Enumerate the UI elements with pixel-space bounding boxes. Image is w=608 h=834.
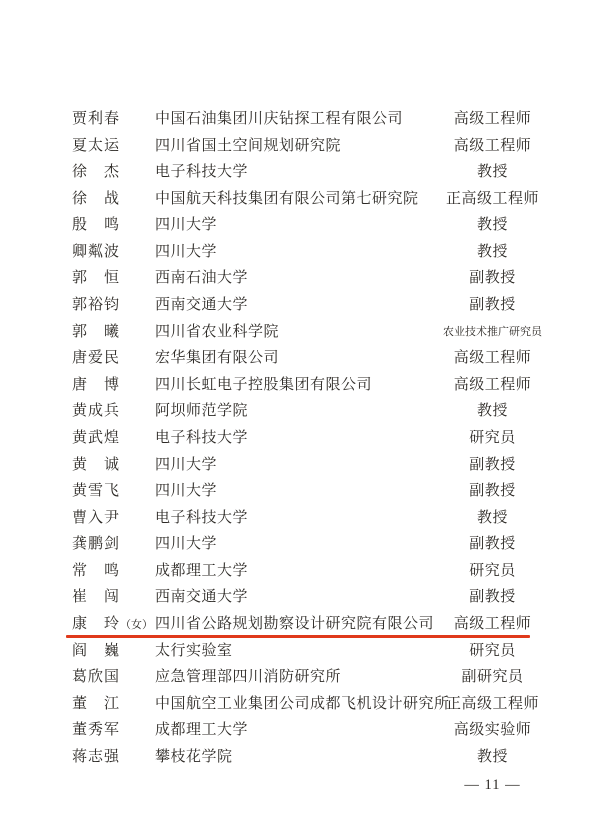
organization: 应急管理部四川消防研究所 <box>155 664 341 691</box>
table-row: 徐战 中国航天科技集团有限公司第七研究院 正高级工程师 <box>0 186 608 213</box>
table-row: 蒋志强 攀枝花学院 教授 <box>0 744 608 771</box>
table-row: 崔闯 西南交通大学 副教授 <box>0 584 608 611</box>
name-cell: 徐战 <box>72 186 119 213</box>
job-title: 教授 <box>415 505 570 532</box>
person-name: 郭恒 <box>72 265 119 292</box>
organization: 四川长虹电子控股集团有限公司 <box>155 372 372 399</box>
name-cell: 黄诚 <box>72 452 119 479</box>
table-row: 葛欣国 应急管理部四川消防研究所 副研究员 <box>0 664 608 691</box>
table-row: 黄诚 四川大学 副教授 <box>0 452 608 479</box>
job-title: 副教授 <box>415 584 570 611</box>
person-name: 康玲 <box>72 611 119 638</box>
name-cell: 蒋志强 <box>72 744 119 771</box>
person-name: 殷鸣 <box>72 212 119 239</box>
job-title: 教授 <box>415 159 570 186</box>
table-row: 曹入尹 电子科技大学 教授 <box>0 505 608 532</box>
job-title: 研究员 <box>415 558 570 585</box>
job-title: 教授 <box>415 744 570 771</box>
organization: 电子科技大学 <box>155 425 248 452</box>
job-title: 高级工程师 <box>415 133 570 160</box>
name-cell: 董江 <box>72 691 119 718</box>
table-row: 夏太运 四川省国土空间规划研究院 高级工程师 <box>0 133 608 160</box>
name-cell: 黄成兵 <box>72 398 119 425</box>
table-row: 龚鹏剑 四川大学 副教授 <box>0 531 608 558</box>
page-number: — 11 — <box>415 777 570 794</box>
table-row: 贾利春 中国石油集团川庆钻探工程有限公司 高级工程师 <box>0 106 608 133</box>
person-name: 阎巍 <box>72 638 119 665</box>
table-row: 殷鸣 四川大学 教授 <box>0 212 608 239</box>
organization: 四川大学 <box>155 531 217 558</box>
table-row: 黄武煌 电子科技大学 研究员 <box>0 425 608 452</box>
job-title: 高级实验师 <box>415 717 570 744</box>
organization: 中国航空工业集团公司成都飞机设计研究所 <box>155 691 450 718</box>
table-row: 黄成兵 阿坝师范学院 教授 <box>0 398 608 425</box>
person-name: 郭裕钧 <box>72 292 119 319</box>
person-name: 龚鹏剑 <box>72 531 119 558</box>
table-row: 唐爱民 宏华集团有限公司 高级工程师 <box>0 345 608 372</box>
person-name: 郭曦 <box>72 319 119 346</box>
person-name: 黄武煌 <box>72 425 119 452</box>
organization: 中国石油集团川庆钻探工程有限公司 <box>155 106 403 133</box>
job-title: 副教授 <box>415 452 570 479</box>
organization: 阿坝师范学院 <box>155 398 248 425</box>
person-name: 卿粼波 <box>72 239 119 266</box>
job-title: 正高级工程师 <box>415 186 570 213</box>
person-name: 蒋志强 <box>72 744 119 771</box>
name-cell: 龚鹏剑 <box>72 531 119 558</box>
person-name: 徐战 <box>72 186 119 213</box>
name-cell: 黄武煌 <box>72 425 119 452</box>
organization: 宏华集团有限公司 <box>155 345 279 372</box>
gender-note: （女） <box>120 616 153 632</box>
organization: 四川大学 <box>155 452 217 479</box>
job-title: 教授 <box>415 398 570 425</box>
job-title: 研究员 <box>415 425 570 452</box>
table-row: 郭裕钧 西南交通大学 副教授 <box>0 292 608 319</box>
table-row: 郭恒 西南石油大学 副教授 <box>0 265 608 292</box>
job-title: 农业技术推广研究员 <box>415 319 570 346</box>
person-name: 董秀军 <box>72 717 119 744</box>
job-title: 副教授 <box>415 531 570 558</box>
person-name: 贾利春 <box>72 106 119 133</box>
name-cell: 贾利春 <box>72 106 119 133</box>
organization: 四川省农业科学院 <box>155 319 279 346</box>
table-row: 徐杰 电子科技大学 教授 <box>0 159 608 186</box>
organization: 四川大学 <box>155 212 217 239</box>
name-cell: 徐杰 <box>72 159 119 186</box>
job-title: 教授 <box>415 239 570 266</box>
organization: 成都理工大学 <box>155 717 248 744</box>
name-cell: 夏太运 <box>72 133 119 160</box>
organization: 西南石油大学 <box>155 265 248 292</box>
job-title: 副教授 <box>415 478 570 505</box>
job-title: 副研究员 <box>415 664 570 691</box>
name-cell: 唐爱民 <box>72 345 119 372</box>
organization: 中国航天科技集团有限公司第七研究院 <box>155 186 419 213</box>
organization: 四川省公路规划勘察设计研究院有限公司 <box>155 611 434 638</box>
table-row: 董秀军 成都理工大学 高级实验师 <box>0 717 608 744</box>
table-row: 黄雪飞 四川大学 副教授 <box>0 478 608 505</box>
job-title: 高级工程师 <box>415 372 570 399</box>
table-row: 董江 中国航空工业集团公司成都飞机设计研究所 正高级工程师 <box>0 691 608 718</box>
name-cell: 黄雪飞 <box>72 478 119 505</box>
organization: 西南交通大学 <box>155 584 248 611</box>
person-name: 唐博 <box>72 372 119 399</box>
name-cell: 郭恒 <box>72 265 119 292</box>
name-cell: 葛欣国 <box>72 664 119 691</box>
organization: 成都理工大学 <box>155 558 248 585</box>
organization: 攀枝花学院 <box>155 744 233 771</box>
organization: 四川大学 <box>155 478 217 505</box>
person-name: 董江 <box>72 691 119 718</box>
organization: 四川省国土空间规划研究院 <box>155 133 341 160</box>
table-row: 郭曦 四川省农业科学院 农业技术推广研究员 <box>0 319 608 346</box>
name-cell: 崔闯 <box>72 584 119 611</box>
name-cell: 殷鸣 <box>72 212 119 239</box>
job-title: 副教授 <box>415 292 570 319</box>
job-title: 高级工程师 <box>415 345 570 372</box>
job-title: 研究员 <box>415 638 570 665</box>
organization: 电子科技大学 <box>155 159 248 186</box>
person-name: 黄雪飞 <box>72 478 119 505</box>
table-row: 常鸣 成都理工大学 研究员 <box>0 558 608 585</box>
name-cell: 常鸣 <box>72 558 119 585</box>
job-title: 正高级工程师 <box>415 691 570 718</box>
organization: 四川大学 <box>155 239 217 266</box>
organization: 电子科技大学 <box>155 505 248 532</box>
name-cell: 郭裕钧 <box>72 292 119 319</box>
job-title: 教授 <box>415 212 570 239</box>
name-cell: 康玲 （女） <box>72 611 153 638</box>
person-name: 常鸣 <box>72 558 119 585</box>
name-cell: 郭曦 <box>72 319 119 346</box>
table-row: 卿粼波 四川大学 教授 <box>0 239 608 266</box>
person-name: 徐杰 <box>72 159 119 186</box>
table-row: 康玲 （女） 四川省公路规划勘察设计研究院有限公司 高级工程师 <box>0 611 608 638</box>
person-name: 唐爱民 <box>72 345 119 372</box>
organization: 太行实验室 <box>155 638 233 665</box>
job-title: 高级工程师 <box>415 106 570 133</box>
name-cell: 卿粼波 <box>72 239 119 266</box>
roster: 贾利春 中国石油集团川庆钻探工程有限公司 高级工程师 夏太运 四川省国土空间规划… <box>0 106 608 770</box>
person-name: 夏太运 <box>72 133 119 160</box>
job-title: 高级工程师 <box>415 611 570 638</box>
job-title: 副教授 <box>415 265 570 292</box>
person-name: 曹入尹 <box>72 505 119 532</box>
person-name: 黄成兵 <box>72 398 119 425</box>
person-name: 葛欣国 <box>72 664 119 691</box>
name-cell: 曹入尹 <box>72 505 119 532</box>
table-row: 唐博 四川长虹电子控股集团有限公司 高级工程师 <box>0 372 608 399</box>
table-row: 阎巍 太行实验室 研究员 <box>0 638 608 665</box>
document-page: 贾利春 中国石油集团川庆钻探工程有限公司 高级工程师 夏太运 四川省国土空间规划… <box>0 0 608 834</box>
name-cell: 董秀军 <box>72 717 119 744</box>
name-cell: 唐博 <box>72 372 119 399</box>
organization: 西南交通大学 <box>155 292 248 319</box>
person-name: 黄诚 <box>72 452 119 479</box>
name-cell: 阎巍 <box>72 638 119 665</box>
person-name: 崔闯 <box>72 584 119 611</box>
